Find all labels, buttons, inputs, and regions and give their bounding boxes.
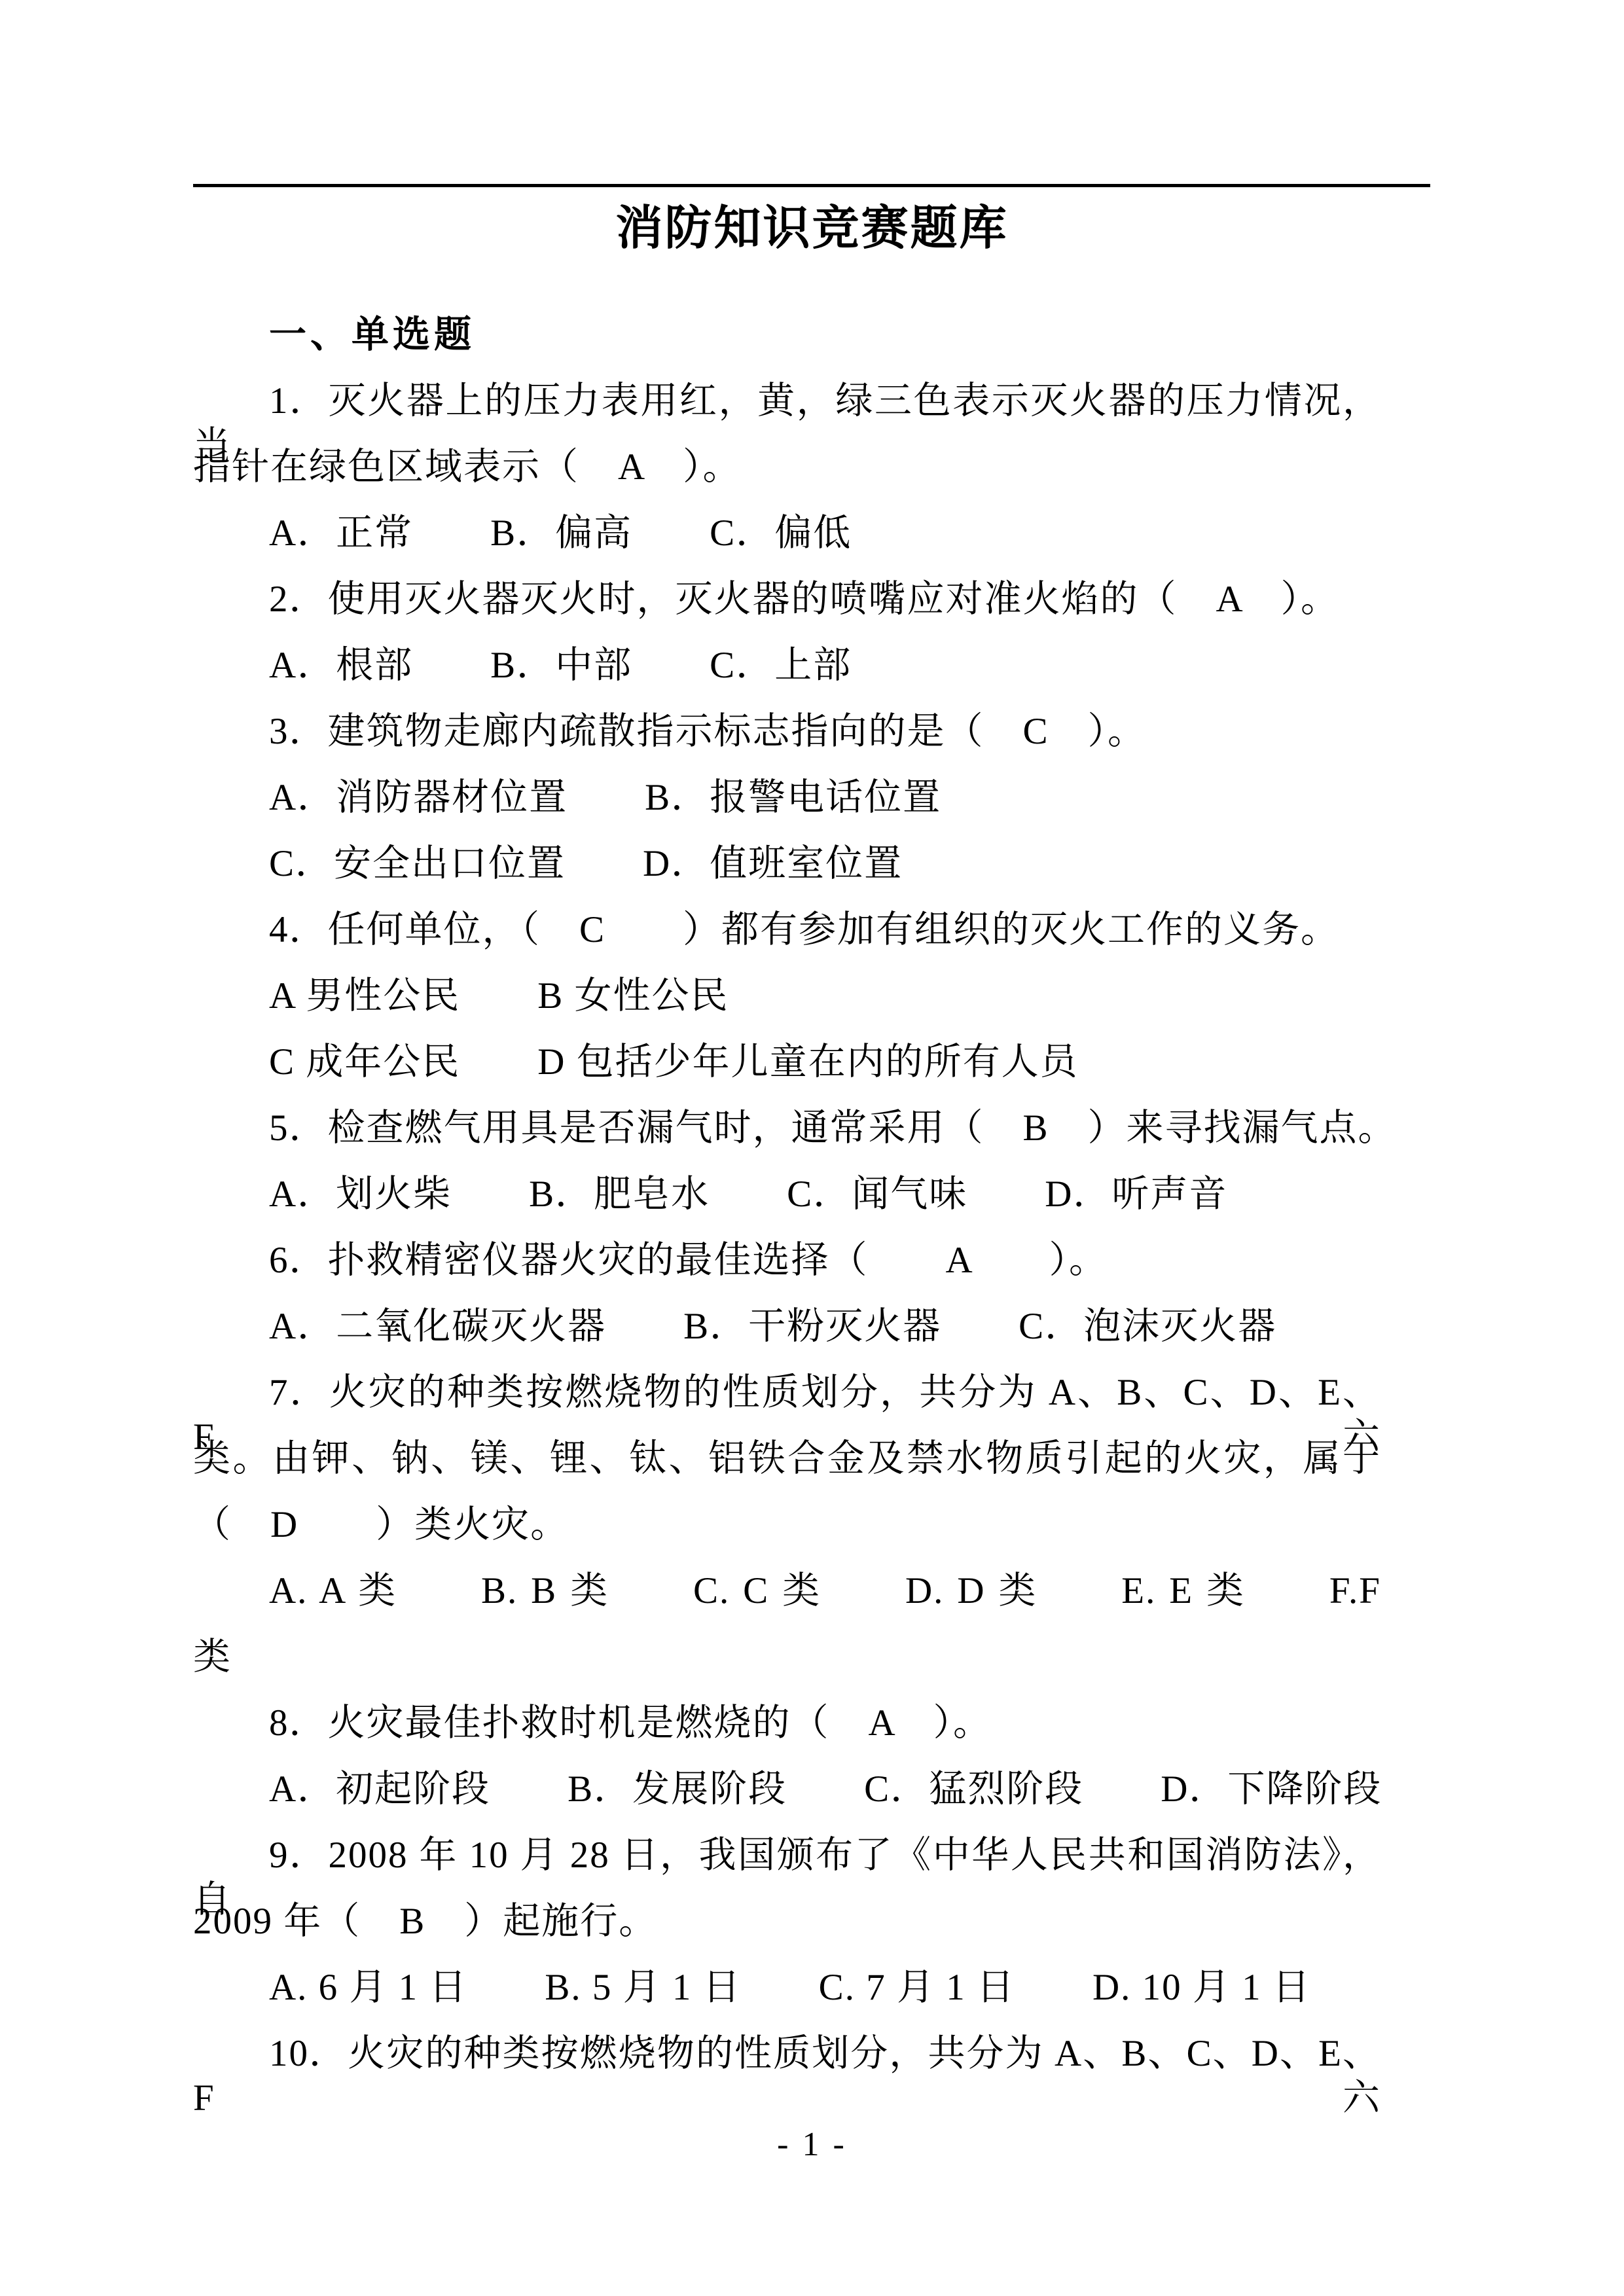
text-line: 3．建筑物走廊内疏散指示标志指向的是（ C ）。 (193, 709, 1381, 776)
document-page: 消防知识竞赛题库 一、单选题1．灭火器上的压力表用红，黄，绿三色表示灭火器的压力… (0, 0, 1624, 2296)
text-line: 2009 年（ B ）起施行。 (193, 1899, 1381, 1965)
text-line: A 男性公民 B 女性公民 (193, 974, 1381, 1040)
text-line: A．正常 B．偏高 C．偏低 (193, 511, 1381, 577)
text-line: 指针在绿色区域表示（ A ）。 (193, 445, 1381, 511)
text-line: 10．火灾的种类按燃烧物的性质划分，共分为 A、B、C、D、E、F 六 (193, 2032, 1381, 2098)
text-line: 9．2008 年 10 月 28 日，我国颁布了《中华人民共和国消防法》，自 (193, 1833, 1381, 1899)
text-line: 7．火灾的种类按燃烧物的性质划分，共分为 A、B、C、D、E、F 六 (193, 1371, 1381, 1437)
section-heading: 一、单选题 (193, 313, 1381, 379)
text-line: A．消防器材位置 B．报警电话位置 (193, 776, 1381, 842)
text-line: （ D ）类火灾。 (193, 1503, 1381, 1569)
header-rule (193, 184, 1430, 187)
text-line: C．安全出口位置 D．值班室位置 (193, 842, 1381, 908)
text-line: 2．使用灭火器灭火时，灭火器的喷嘴应对准火焰的（ A ）。 (193, 577, 1381, 643)
text-line: 1．灭火器上的压力表用红，黄，绿三色表示灭火器的压力情况，当 (193, 379, 1381, 445)
text-line: 8．火灾最佳扑救时机是燃烧的（ A ）。 (193, 1701, 1381, 1767)
text-line: A．初起阶段 B．发展阶段 C．猛烈阶段 D．下降阶段 (193, 1767, 1381, 1833)
text-line: A. A 类 B. B 类 C. C 类 D. D 类 E. E 类 F.F (193, 1569, 1381, 1635)
document-body: 一、单选题1．灭火器上的压力表用红，黄，绿三色表示灭火器的压力情况，当指针在绿色… (193, 313, 1381, 2098)
text-line: A．二氧化碳灭火器 B．干粉灭火器 C．泡沫灭火器 (193, 1304, 1381, 1371)
page-title: 消防知识竞赛题库 (0, 200, 1624, 257)
text-line: 类 (193, 1635, 1381, 1701)
text-line: A．划火柴 B．肥皂水 C．闻气味 D．听声音 (193, 1172, 1381, 1238)
text-line: 4．任何单位，（ C ）都有参加有组织的灭火工作的义务。 (193, 908, 1381, 974)
text-line: 6．扑救精密仪器火灾的最佳选择（ A ）。 (193, 1238, 1381, 1304)
text-line: A．根部 B．中部 C．上部 (193, 643, 1381, 709)
text-line: 5．检查燃气用具是否漏气时，通常采用（ B ）来寻找漏气点。 (193, 1106, 1381, 1172)
text-line: 类。由钾、钠、镁、锂、钛、铝铁合金及禁水物质引起的火灾，属于 (193, 1437, 1381, 1503)
text-line: A. 6 月 1 日 B. 5 月 1 日 C. 7 月 1 日 D. 10 月… (193, 1965, 1381, 2032)
text-line: C 成年公民 D 包括少年儿童在内的所有人员 (193, 1040, 1381, 1106)
page-number: - 1 - (0, 2125, 1624, 2165)
